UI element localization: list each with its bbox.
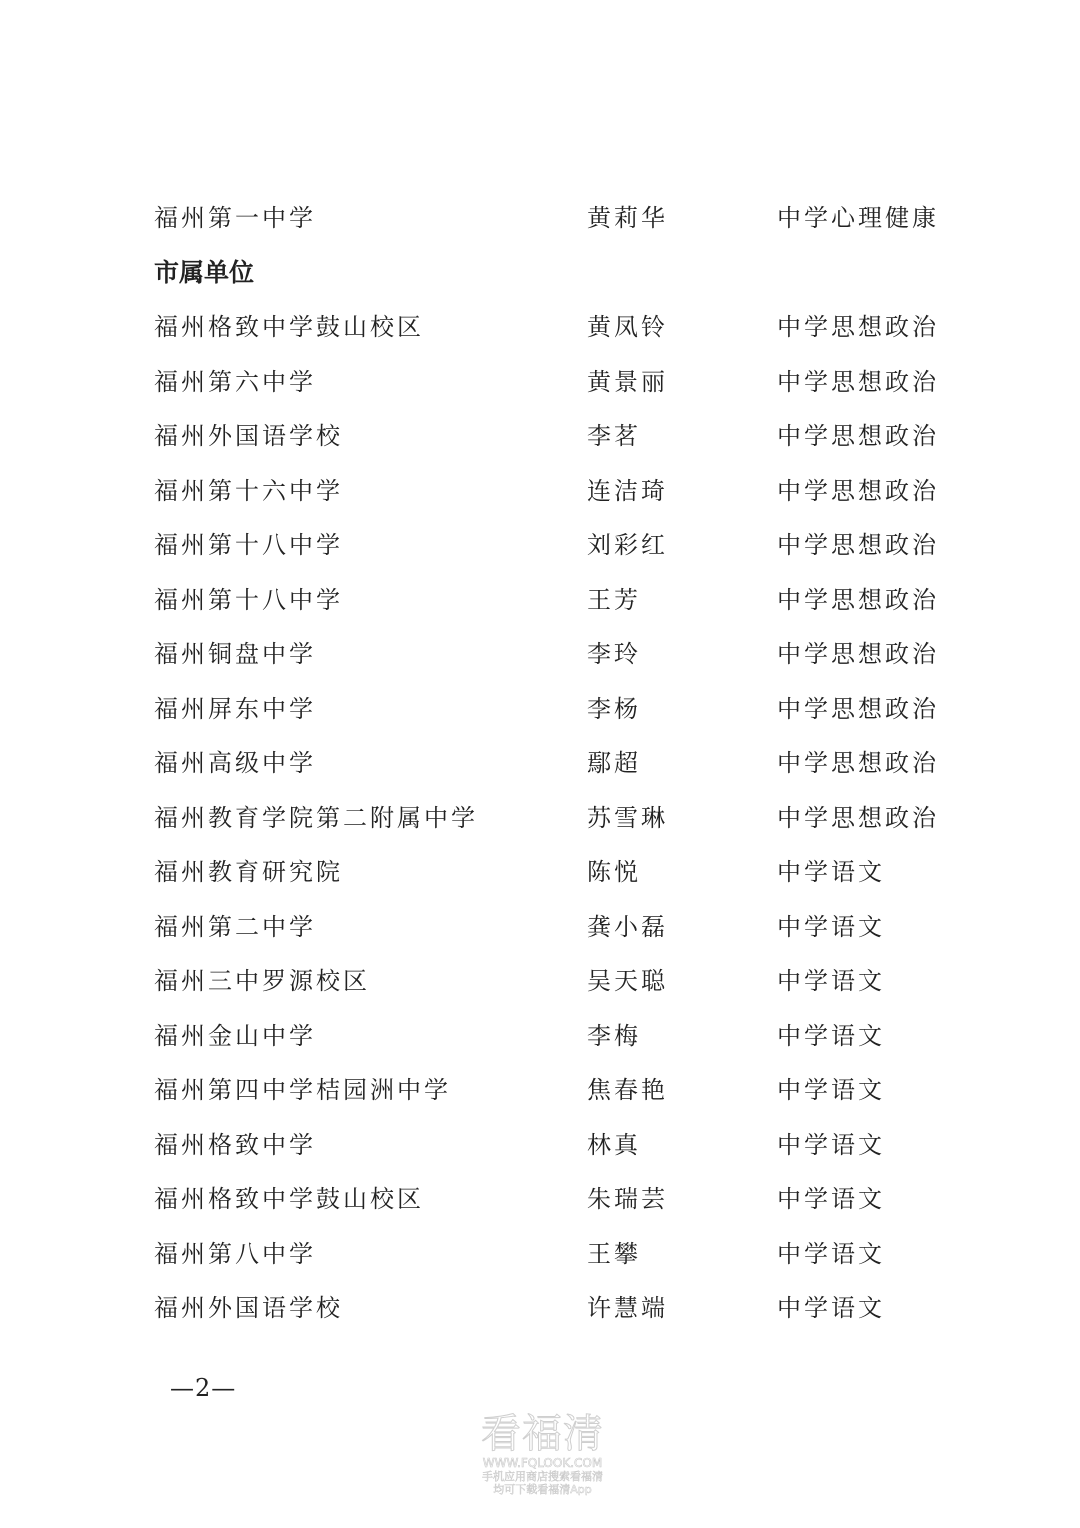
name-cell: 李杨: [587, 687, 641, 731]
section-heading: 市属单位: [154, 251, 254, 295]
unit-cell: 福州外国语学校: [154, 414, 343, 458]
subject-cell: 中学语文: [777, 1014, 885, 1058]
subject-cell: 中学思想政治: [777, 741, 939, 785]
unit-cell: 福州第四中学桔园洲中学: [154, 1068, 451, 1112]
name-cell: 连洁琦: [587, 469, 668, 513]
unit-cell: 福州高级中学: [154, 741, 316, 785]
unit-cell: 福州三中罗源校区: [154, 959, 370, 1003]
table-row: 福州格致中学鼓山校区朱瑞芸中学语文: [154, 1177, 954, 1232]
subject-cell: 中学思想政治: [777, 632, 939, 676]
table-row: 福州格致中学鼓山校区黄凤铃中学思想政治: [154, 305, 954, 360]
subject-cell: 中学语文: [777, 1232, 885, 1276]
subject-cell: 中学思想政治: [777, 305, 939, 349]
unit-cell: 福州第八中学: [154, 1232, 316, 1276]
name-cell: 鄢超: [587, 741, 641, 785]
unit-cell: 福州格致中学鼓山校区: [154, 305, 424, 349]
unit-cell: 福州屏东中学: [154, 687, 316, 731]
table-row: 福州外国语学校李茗中学思想政治: [154, 414, 954, 469]
table-row: 福州第十八中学刘彩红中学思想政治: [154, 523, 954, 578]
subject-cell: 中学思想政治: [777, 469, 939, 513]
subject-cell: 中学思想政治: [777, 414, 939, 458]
table-row: 福州教育学院第二附属中学苏雪琳中学思想政治: [154, 796, 954, 851]
table-row: 福州屏东中学李杨中学思想政治: [154, 687, 954, 742]
unit-cell: 福州第十八中学: [154, 578, 343, 622]
table-row: 福州第四中学桔园洲中学焦春艳中学语文: [154, 1068, 954, 1123]
name-cell: 陈悦: [587, 850, 641, 894]
unit-cell: 福州金山中学: [154, 1014, 316, 1058]
table-row: 福州第六中学黄景丽中学思想政治: [154, 360, 954, 415]
page-number: —2—: [170, 1374, 236, 1402]
name-cell: 苏雪琳: [587, 796, 668, 840]
unit-cell: 福州外国语学校: [154, 1286, 343, 1330]
unit-cell: 福州格致中学鼓山校区: [154, 1177, 424, 1221]
table-row: 福州三中罗源校区吴天聪中学语文: [154, 959, 954, 1014]
name-cell: 刘彩红: [587, 523, 668, 567]
name-cell: 王攀: [587, 1232, 641, 1276]
personnel-list: 福州第一中学黄莉华中学心理健康市属单位福州格致中学鼓山校区黄凤铃中学思想政治福州…: [154, 196, 954, 1341]
watermark-title: 看福清: [470, 1412, 615, 1456]
name-cell: 黄莉华: [587, 196, 668, 240]
table-row: 福州第二中学龚小磊中学语文: [154, 905, 954, 960]
name-cell: 李玲: [587, 632, 641, 676]
unit-cell: 福州第一中学: [154, 196, 316, 240]
table-row: 福州格致中学林真中学语文: [154, 1123, 954, 1178]
table-row: 福州第十八中学王芳中学思想政治: [154, 578, 954, 633]
watermark-url: WWW.FQLOOK.COM: [470, 1456, 615, 1470]
name-cell: 龚小磊: [587, 905, 668, 949]
unit-cell: 福州第六中学: [154, 360, 316, 404]
name-cell: 吴天聪: [587, 959, 668, 1003]
subject-cell: 中学语文: [777, 1286, 885, 1330]
section-heading-row: 市属单位: [154, 251, 954, 306]
subject-cell: 中学思想政治: [777, 687, 939, 731]
unit-cell: 福州教育学院第二附属中学: [154, 796, 478, 840]
name-cell: 王芳: [587, 578, 641, 622]
subject-cell: 中学思想政治: [777, 796, 939, 840]
table-row: 福州第十六中学连洁琦中学思想政治: [154, 469, 954, 524]
watermark: 看福清 WWW.FQLOOK.COM 手机应用商店搜索看福清 均可下载看福清Ap…: [470, 1412, 615, 1496]
table-row: 福州第一中学黄莉华中学心理健康: [154, 196, 954, 251]
subject-cell: 中学语文: [777, 905, 885, 949]
name-cell: 黄凤铃: [587, 305, 668, 349]
unit-cell: 福州教育研究院: [154, 850, 343, 894]
table-row: 福州金山中学李梅中学语文: [154, 1014, 954, 1069]
table-row: 福州外国语学校许慧端中学语文: [154, 1286, 954, 1341]
subject-cell: 中学思想政治: [777, 578, 939, 622]
subject-cell: 中学语文: [777, 850, 885, 894]
name-cell: 李梅: [587, 1014, 641, 1058]
name-cell: 李茗: [587, 414, 641, 458]
name-cell: 林真: [587, 1123, 641, 1167]
table-row: 福州高级中学鄢超中学思想政治: [154, 741, 954, 796]
name-cell: 朱瑞芸: [587, 1177, 668, 1221]
subject-cell: 中学心理健康: [777, 196, 939, 240]
table-row: 福州教育研究院陈悦中学语文: [154, 850, 954, 905]
subject-cell: 中学语文: [777, 1123, 885, 1167]
document-page: 福州第一中学黄莉华中学心理健康市属单位福州格致中学鼓山校区黄凤铃中学思想政治福州…: [0, 0, 1080, 1528]
subject-cell: 中学语文: [777, 1068, 885, 1112]
unit-cell: 福州铜盘中学: [154, 632, 316, 676]
unit-cell: 福州第十六中学: [154, 469, 343, 513]
name-cell: 许慧端: [587, 1286, 668, 1330]
subject-cell: 中学思想政治: [777, 523, 939, 567]
table-row: 福州铜盘中学李玲中学思想政治: [154, 632, 954, 687]
watermark-line-2: 均可下载看福清App: [470, 1483, 615, 1496]
unit-cell: 福州第二中学: [154, 905, 316, 949]
table-row: 福州第八中学王攀中学语文: [154, 1232, 954, 1287]
subject-cell: 中学语文: [777, 1177, 885, 1221]
subject-cell: 中学语文: [777, 959, 885, 1003]
unit-cell: 福州格致中学: [154, 1123, 316, 1167]
name-cell: 黄景丽: [587, 360, 668, 404]
unit-cell: 福州第十八中学: [154, 523, 343, 567]
watermark-line-1: 手机应用商店搜索看福清: [470, 1470, 615, 1483]
subject-cell: 中学思想政治: [777, 360, 939, 404]
name-cell: 焦春艳: [587, 1068, 668, 1112]
